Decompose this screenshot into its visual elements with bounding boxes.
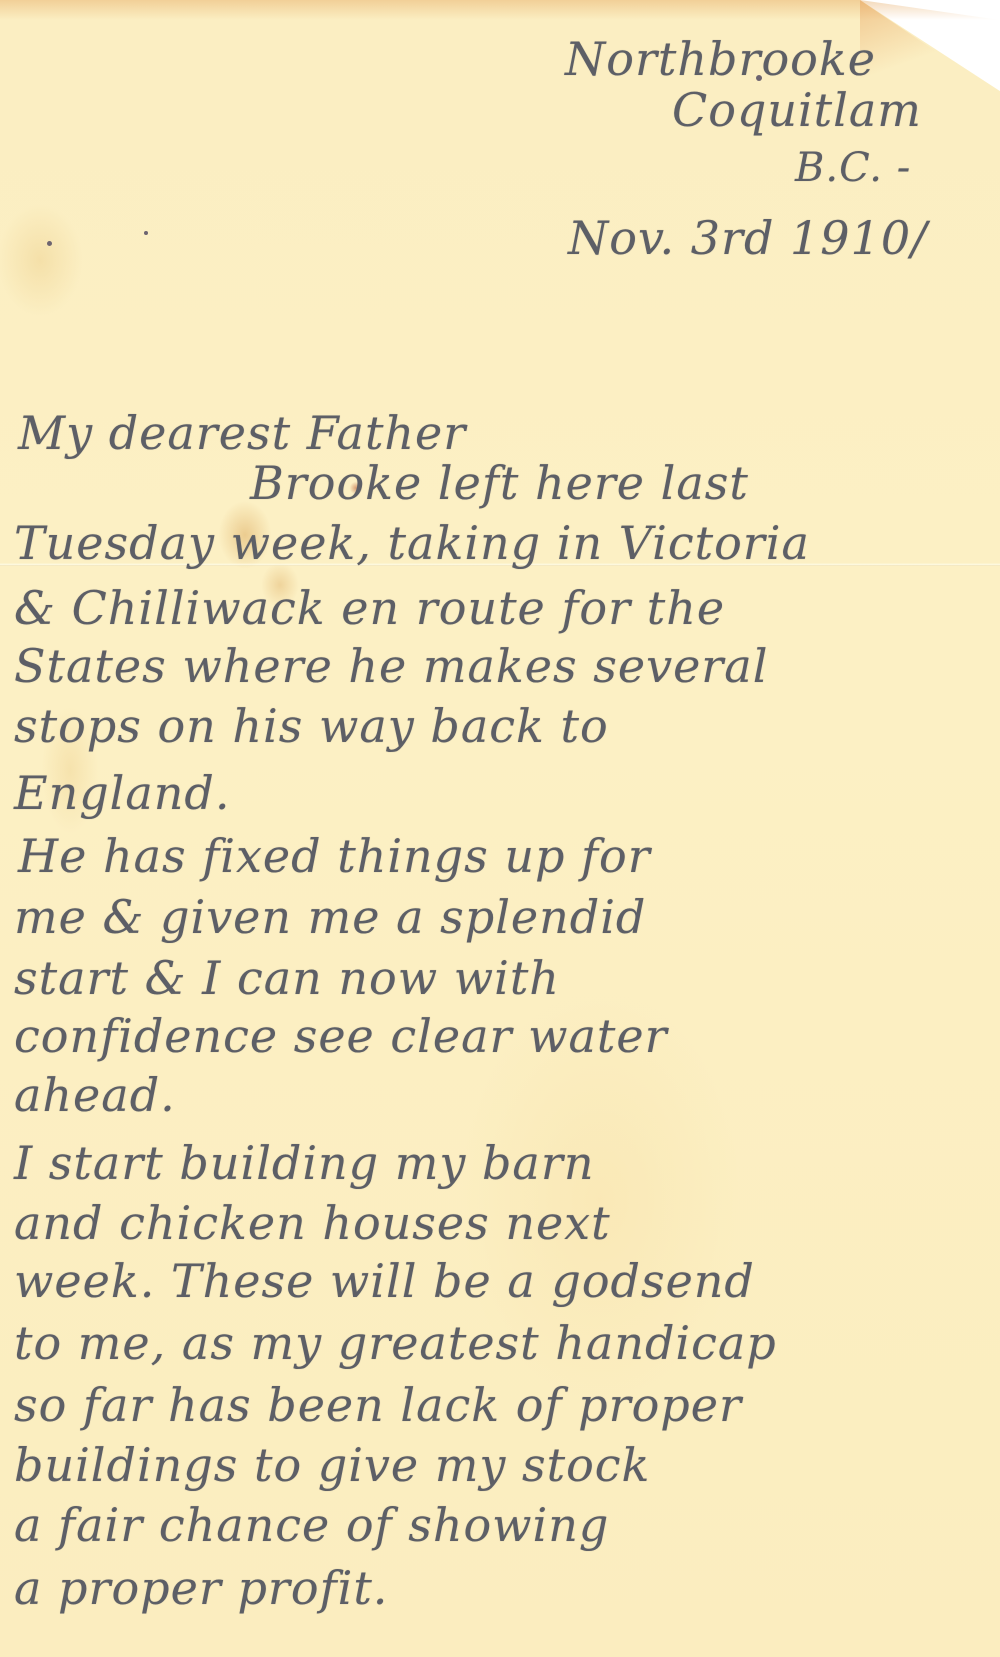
address-line-2: Coquitlam — [672, 87, 922, 133]
body-line: and chicken houses next — [14, 1200, 611, 1246]
ink-speck — [144, 231, 148, 235]
body-line: stops on his way back to — [14, 703, 609, 749]
body-line: I start building my barn — [14, 1140, 594, 1186]
address-line-3: B.C. - — [795, 148, 911, 188]
body-line: to me, as my greatest handicap — [14, 1320, 777, 1366]
address-line-1: Northbrooke — [565, 36, 876, 82]
body-line: a proper profit. — [14, 1565, 388, 1611]
body-line: confidence see clear water — [14, 1013, 668, 1059]
body-line: ahead. — [14, 1072, 176, 1118]
salutation: My dearest Father — [18, 410, 466, 456]
body-line: & Chilliwack en route for the — [14, 585, 725, 631]
body-line: start & I can now with — [14, 955, 560, 1001]
ink-speck — [47, 241, 52, 246]
body-line: me & given me a splendid — [14, 894, 646, 940]
body-line: Brooke left here last — [250, 460, 749, 506]
letter-date: Nov. 3rd 1910/ — [568, 215, 928, 261]
body-line: a fair chance of showing — [14, 1502, 609, 1548]
body-line: buildings to give my stock — [14, 1442, 650, 1488]
body-line: He has fixed things up for — [18, 833, 651, 879]
body-line: week. These will be a godsend — [14, 1258, 755, 1304]
body-line: so far has been lack of proper — [14, 1382, 742, 1428]
body-line: England. — [14, 770, 230, 816]
body-line: Tuesday week, taking in Victoria — [14, 520, 810, 566]
body-line: States where he makes several — [14, 643, 768, 689]
